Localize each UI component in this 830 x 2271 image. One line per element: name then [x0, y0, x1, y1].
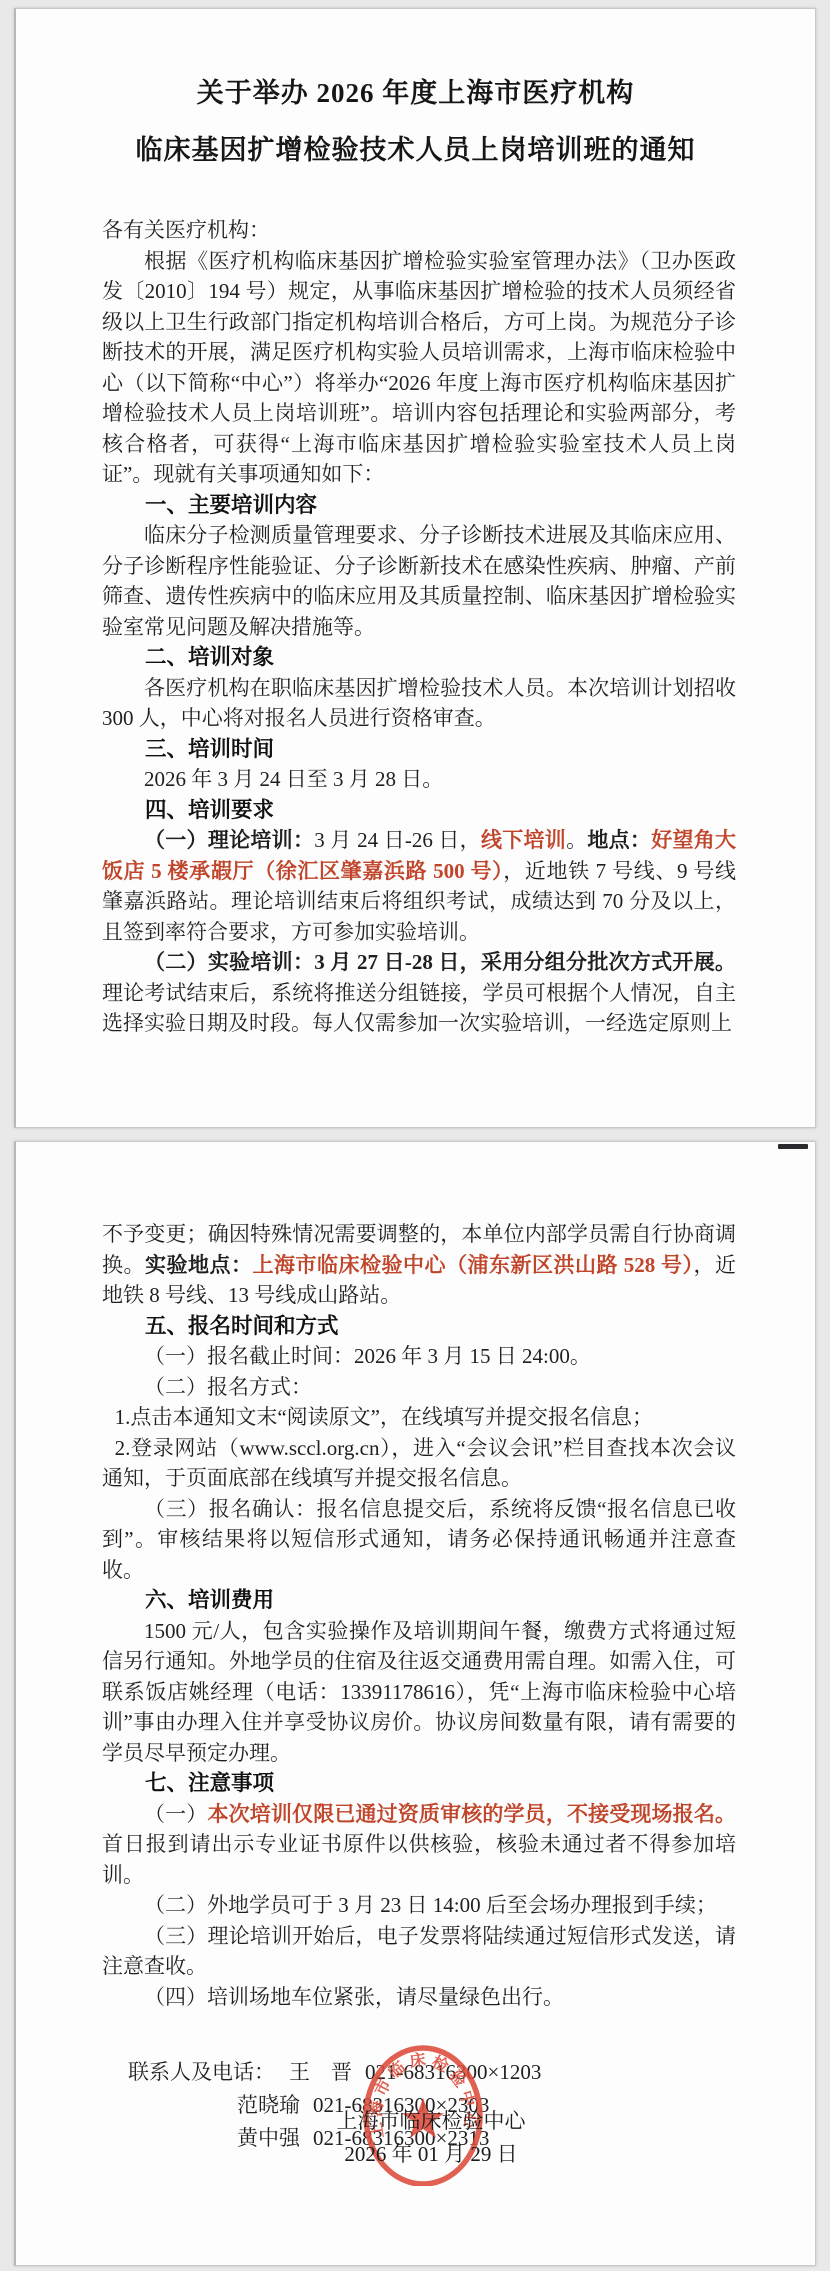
paragraph: 1500 元/人，包含实验操作及培训期间午餐，缴费方式将通过短信另行通知。外地学…: [102, 1616, 736, 1769]
text-run: 五、报名时间和方式: [145, 1314, 339, 1338]
notice-page-1: 关于举办 2026 年度上海市医疗机构 临床基因扩增检验技术人员上岗培训班的通知…: [14, 8, 816, 1128]
paragraph: （一）报名截止时间：2026 年 3 月 15 日 24:00。: [102, 1341, 736, 1372]
text-run: （一）: [144, 1802, 207, 1826]
text-run: 线下培训: [481, 828, 566, 852]
paragraph: 各医疗机构在职临床基因扩增检验技术人员。本次培训计划招收 300 人，中心将对报…: [102, 673, 736, 734]
text-run: 根据《医疗机构临床基因扩增检验实验室管理办法》（卫办医政发〔2010〕194 号…: [102, 249, 736, 487]
text-run: 七、注意事项: [145, 1771, 274, 1795]
text-run: （二）外地学员可于 3 月 23 日 14:00 后至会场办理报到手续；: [144, 1893, 717, 1917]
text-run: 实验地点：: [145, 1253, 253, 1277]
text-run: 地点：: [587, 828, 651, 852]
paragraph: 临床分子检测质量管理要求、分子诊断技术进展及其临床应用、分子诊断程序性能验证、分…: [102, 520, 736, 642]
paragraph: 不予变更；确因特殊情况需要调整的，本单位内部学员需自行协商调换。实验地点：上海市…: [102, 1219, 736, 1311]
text-run: 本次培训仅限已通过资质审核的学员，不接受现场报名。: [207, 1802, 736, 1826]
signature-org: 上海市临床检验中心: [316, 2105, 546, 2138]
text-run: 。: [566, 828, 587, 852]
text-run: （二）实验培训：3 月 27 日-28 日，采用分组分批次方式开展。: [144, 950, 736, 974]
text-run: 1.点击本通知文末“阅读原文”，在线填写并提交报名信息；: [115, 1405, 653, 1429]
paragraph: （一）本次培训仅限已通过资质审核的学员，不接受现场报名。首日报到请出示专业证书原…: [102, 1799, 736, 1891]
notice-title-line-1: 关于举办 2026 年度上海市医疗机构: [56, 65, 775, 122]
text-run: 各医疗机构在职临床基因扩增检验技术人员。本次培训计划招收 300 人，中心将对报…: [102, 676, 736, 731]
text-run: 三、培训时间: [145, 737, 274, 761]
text-run: 四、培训要求: [145, 798, 274, 822]
text-run: （四）培训场地车位紧张，请尽量绿色出行。: [144, 1985, 564, 2009]
page-2-body: 不予变更；确因特殊情况需要调整的，本单位内部学员需自行协商调换。实验地点：上海市…: [102, 1219, 736, 2012]
contact-name: 范晓瑜: [237, 2089, 303, 2122]
contact-name: 王 晋: [289, 2056, 355, 2089]
text-run: 2026 年 3 月 24 日至 3 月 28 日。: [144, 767, 443, 791]
text-run: 首日报到请出示专业证书原件以供核验，核验未通过者不得参加培训。: [102, 1832, 736, 1887]
notice-page-2: 不予变更；确因特殊情况需要调整的，本单位内部学员需自行协商调换。实验地点：上海市…: [14, 1141, 816, 2266]
contact-name: 黄中强: [237, 2122, 303, 2155]
section-heading: 七、注意事项: [102, 1768, 736, 1799]
scan-artifact-mark: [778, 1144, 808, 1149]
paragraph: （三）理论培训开始后，电子发票将陆续通过短信形式发送，请注意查收。: [102, 1921, 736, 1982]
section-heading: 四、培训要求: [102, 795, 736, 826]
text-run: （二）报名方式：: [144, 1375, 312, 1399]
paragraph: 各有关医疗机构：: [102, 215, 736, 246]
scanned-notice-document: 关于举办 2026 年度上海市医疗机构 临床基因扩增检验技术人员上岗培训班的通知…: [0, 0, 830, 2271]
paragraph: 2.登录网站（www.sccl.org.cn），进入“会议会讯”栏目查找本次会议…: [102, 1433, 736, 1494]
text-run: （三）理论培训开始后，电子发票将陆续通过短信形式发送，请注意查收。: [102, 1924, 736, 1979]
paragraph: （二）报名方式：: [102, 1372, 736, 1403]
text-run: 2.登录网站（www.sccl.org.cn），进入“会议会讯”栏目查找本次会议…: [102, 1436, 736, 1491]
text-run: （一）理论培训：: [144, 828, 314, 852]
paragraph: （二）实验培训：3 月 27 日-28 日，采用分组分批次方式开展。理论考试结束…: [102, 947, 736, 1039]
paragraph: 2026 年 3 月 24 日至 3 月 28 日。: [102, 764, 736, 795]
text-run: 一、主要培训内容: [145, 493, 317, 517]
text-run: 各有关医疗机构：: [102, 218, 270, 242]
text-run: （一）报名截止时间：2026 年 3 月 15 日 24:00。: [144, 1344, 591, 1368]
signature-date: 2026 年 01 月 29 日: [316, 2138, 546, 2171]
notice-title: 关于举办 2026 年度上海市医疗机构 临床基因扩增检验技术人员上岗培训班的通知: [56, 65, 775, 179]
paragraph: （一）理论培训：3 月 24 日-26 日，线下培训。地点：好望角大饭店 5 楼…: [102, 825, 736, 947]
paragraph: （二）外地学员可于 3 月 23 日 14:00 后至会场办理报到手续；: [102, 1890, 736, 1921]
text-run: （三）报名确认：报名信息提交后，系统将反馈“报名信息已收到”。审核结果将以短信形…: [102, 1497, 736, 1582]
section-heading: 一、主要培训内容: [102, 490, 736, 521]
notice-title-line-2: 临床基因扩增检验技术人员上岗培训班的通知: [56, 122, 775, 179]
text-run: 上海市临床检验中心（浦东新区洪山路 528 号）: [253, 1253, 694, 1277]
text-run: 二、培训对象: [145, 645, 274, 669]
paragraph: 根据《医疗机构临床基因扩增检验实验室管理办法》（卫办医政发〔2010〕194 号…: [102, 246, 736, 490]
paragraph: （三）报名确认：报名信息提交后，系统将反馈“报名信息已收到”。审核结果将以短信形…: [102, 1494, 736, 1586]
section-heading: 二、培训对象: [102, 642, 736, 673]
section-heading: 三、培训时间: [102, 734, 736, 765]
text-run: 六、培训费用: [145, 1588, 274, 1612]
text-run: 3 月 24 日-26 日，: [314, 828, 481, 852]
contact-label: 联系人及电话：: [128, 2060, 275, 2084]
text-run: 临床分子检测质量管理要求、分子诊断技术进展及其临床应用、分子诊断程序性能验证、分…: [102, 523, 736, 639]
text-run: 1500 元/人，包含实验操作及培训期间午餐，缴费方式将通过短信另行通知。外地学…: [102, 1619, 736, 1765]
section-heading: 六、培训费用: [102, 1585, 736, 1616]
signature-block: 上海市临床检验中心 2026 年 01 月 29 日: [316, 2105, 546, 2170]
text-run: 理论考试结束后，系统将推送分组链接，学员可根据个人情况，自主选择实验日期及时段。…: [102, 981, 736, 1036]
section-heading: 五、报名时间和方式: [102, 1311, 736, 1342]
paragraph: 1.点击本通知文末“阅读原文”，在线填写并提交报名信息；: [102, 1402, 736, 1433]
paragraph: （四）培训场地车位紧张，请尽量绿色出行。: [102, 1982, 736, 2013]
page-1-body: 各有关医疗机构：根据《医疗机构临床基因扩增检验实验室管理办法》（卫办医政发〔20…: [102, 215, 736, 1039]
